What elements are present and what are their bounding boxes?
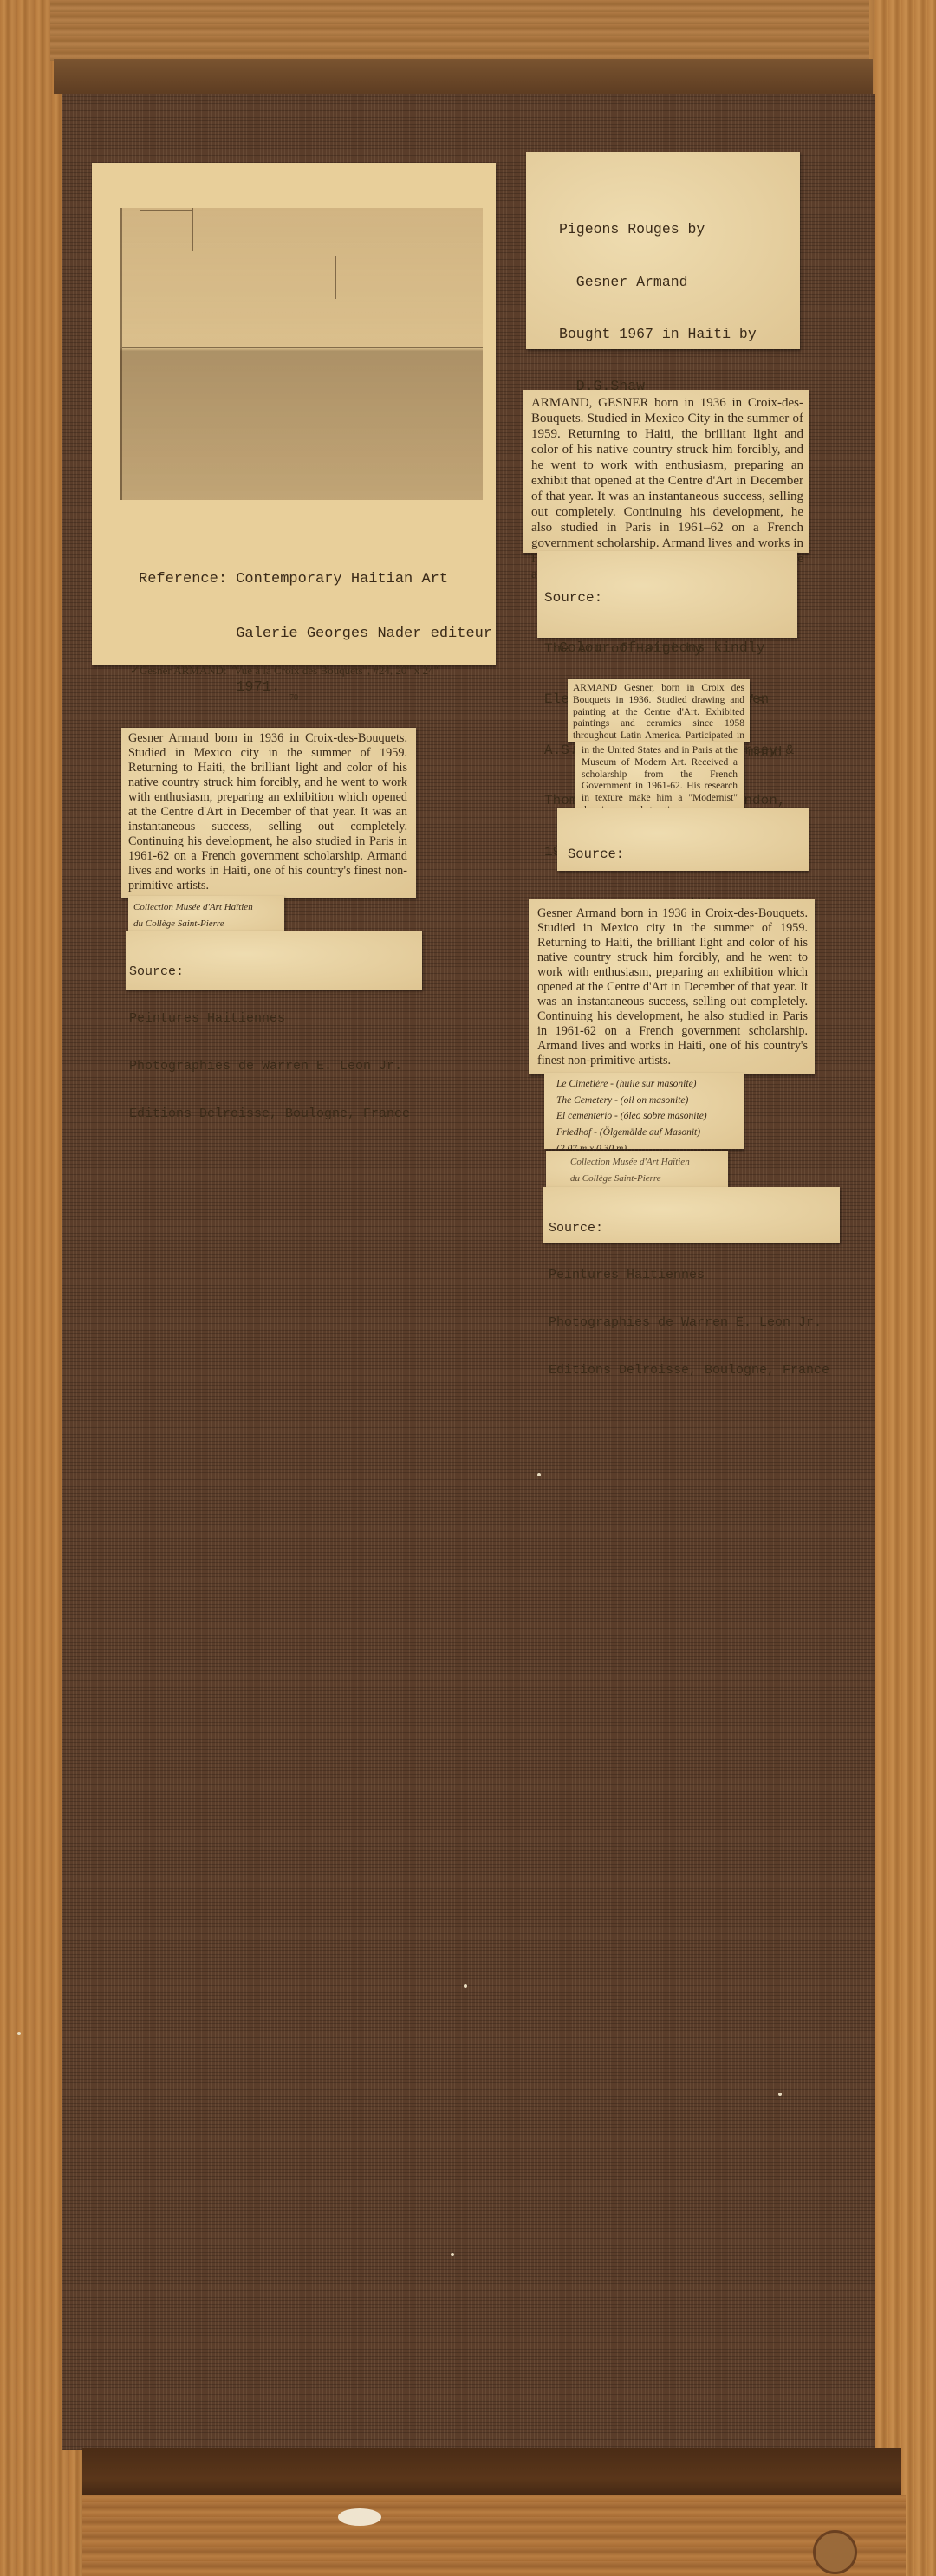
putty-spot xyxy=(338,2508,381,2526)
title-line: The Cemetery - (oil on masonite) xyxy=(556,1093,707,1109)
source-line: Source: xyxy=(544,590,794,607)
bio-text: Gesner Armand born in 1936 in Croix-des-… xyxy=(537,906,808,1068)
source-line: Source: xyxy=(549,1221,829,1236)
reference-line: Galerie Georges Nader editeur xyxy=(139,626,492,644)
print-reference-sheet: Reference: Contemporary Haitian Art Gale… xyxy=(92,163,496,665)
frame-inner-lip-bottom xyxy=(82,2448,901,2500)
source-line: Editions Delroisse, Boulogne, France xyxy=(549,1363,829,1379)
source-line: Peintures Haitiennes xyxy=(549,1268,829,1283)
note-line: Pigeons Rouges by xyxy=(559,221,790,238)
speck xyxy=(464,1984,467,1988)
bio-text: Gesner Armand born in 1936 in Croix-des-… xyxy=(128,731,407,893)
bio-text: in the United States and in Paris at the… xyxy=(582,745,738,817)
bio-clipping-christensen: ARMAND, GESNER born in 1936 in Croix-des… xyxy=(523,390,809,553)
collection-text: Collection Musée d'Art Haïtien du Collèg… xyxy=(133,899,253,931)
cemetery-title-label: Le Cimetière - (huile sur masonite) The … xyxy=(544,1073,744,1149)
source-line: Source: xyxy=(129,964,410,980)
source-label-nader: Source: Contemporary Haitian Art Galerie… xyxy=(557,808,809,871)
page-number: - 70 - xyxy=(92,693,496,703)
collection-line: du Collège Saint-Pierre xyxy=(570,1171,690,1187)
speck xyxy=(778,2093,782,2096)
source-label-christensen: Source: The Art of Haiti by Eleanor Inga… xyxy=(537,551,797,638)
speck xyxy=(17,2032,21,2035)
source-line: Source: xyxy=(568,847,802,863)
title-line: El cementerio - (óleo sobre masonite) xyxy=(556,1108,707,1125)
frame-right-stile xyxy=(875,0,936,2576)
source-label-leon-right: Source: Peintures Haitiennes Photographi… xyxy=(543,1187,840,1243)
bio-clipping-leon-right: Gesner Armand born in 1936 in Croix-des-… xyxy=(529,899,815,1074)
source-line: Photographies de Warren E. Leon Jr. xyxy=(549,1315,829,1331)
frame-bottom-rail xyxy=(82,2495,906,2576)
source-text: Source: Peintures Haitiennes Photographi… xyxy=(549,1189,829,1411)
reference-text: Reference: Contemporary Haitian Art Gale… xyxy=(139,535,492,733)
bio-clipping-leon-left: Gesner Armand born in 1936 in Croix-des-… xyxy=(121,728,416,898)
wood-knot xyxy=(813,2530,857,2574)
bio-clipping-nader-part2: in the United States and in Paris at the… xyxy=(575,742,744,809)
bio-clipping-nader-part1: ARMAND Gesner, born in Croix des Bouquet… xyxy=(568,679,750,742)
collection-label-right: Collection Musée d'Art Haïtien du Collèg… xyxy=(546,1151,728,1189)
title-line: Friedhof - (Ölgemälde auf Masonit) xyxy=(556,1125,707,1141)
source-label-leon-left: Source: Peintures Haitiennes Photographi… xyxy=(126,931,422,990)
print-caption: ✓Gesner ARMAND: "Vue à la Croix des Bouq… xyxy=(130,664,439,678)
source-line: Peintures Haitiennes xyxy=(129,1011,410,1027)
collection-text: Collection Musée d'Art Haïtien du Collèg… xyxy=(570,1154,690,1186)
collection-line: Collection Musée d'Art Haïtien xyxy=(570,1154,690,1171)
collection-line: Collection Musée d'Art Haïtien xyxy=(133,899,253,916)
frame-inner-lip-top xyxy=(54,59,873,94)
reference-line: Reference: Contemporary Haitian Art xyxy=(139,571,492,589)
speck xyxy=(451,2253,454,2256)
source-text: Source: Peintures Haitiennes Photographi… xyxy=(129,932,410,1154)
collection-line: du Collège Saint-Pierre xyxy=(133,916,253,932)
pigeons-provenance-note: Pigeons Rouges by Gesner Armand Bought 1… xyxy=(526,152,800,349)
source-line: Photographies de Warren E. Leon Jr. xyxy=(129,1059,410,1074)
note-line: Bought 1967 in Haiti by xyxy=(559,326,790,343)
title-text: Le Cimetière - (huile sur masonite) The … xyxy=(556,1076,707,1157)
source-line: The Art of Haiti by xyxy=(544,641,794,659)
title-line: Le Cimetière - (huile sur masonite) xyxy=(556,1076,707,1093)
source-line: Editions Delroisse, Boulogne, France xyxy=(129,1106,410,1122)
note-line: Gesner Armand xyxy=(559,274,790,291)
frame-top-rail xyxy=(50,0,869,61)
painting-reproduction xyxy=(120,208,483,500)
speck xyxy=(537,1473,541,1476)
